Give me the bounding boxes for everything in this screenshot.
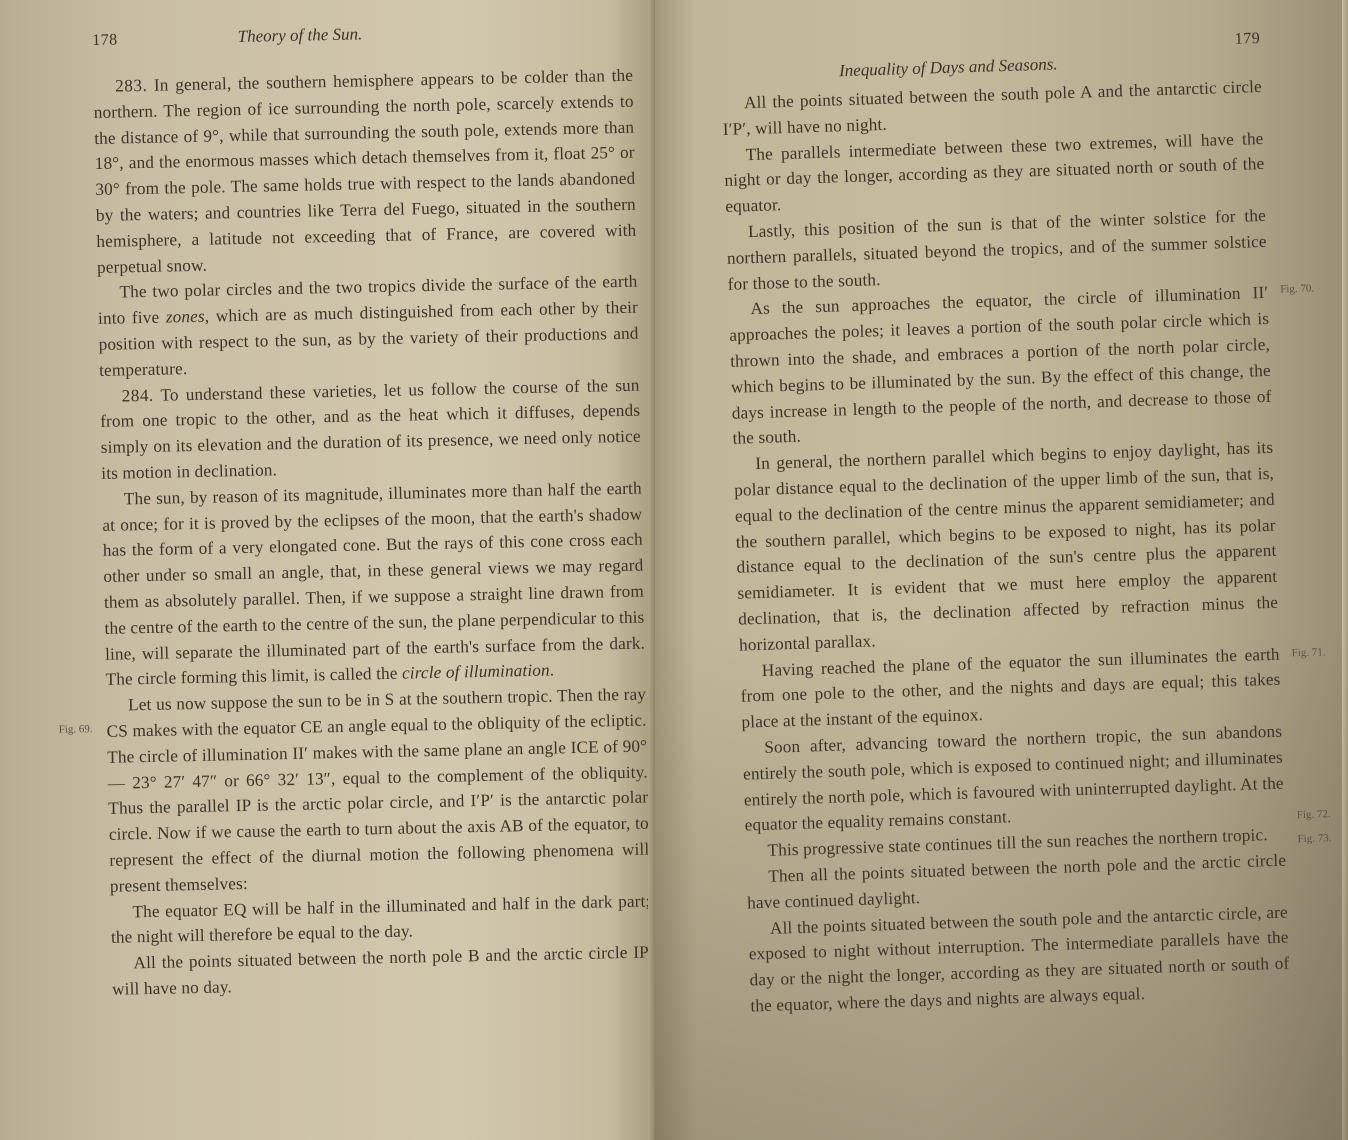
italic-term: circle of illumination (402, 661, 550, 683)
paragraph-284: 284. To understand these varieties, let … (99, 372, 641, 486)
paragraph-text: In general, the southern hemisphere appe… (94, 66, 637, 277)
paragraph-text: To understand these varieties, let us fo… (100, 375, 641, 483)
left-page: 178 Theory of the Sun. 283. In general, … (0, 0, 655, 1140)
page-number: 178 (92, 31, 118, 50)
page-edge (1342, 0, 1348, 1140)
page-number: 179 (1235, 30, 1261, 49)
figure-reference: Fig. 71. (1291, 646, 1325, 659)
paragraph-antarctic-night: All the points situated between the sout… (748, 899, 1291, 1019)
running-head-title: Theory of the Sun. (237, 24, 362, 47)
running-head-title: Inequality of Days and Seasons. (839, 54, 1058, 81)
paragraph-number: 284. (121, 385, 153, 405)
paragraph-north-pole-no-day: All the points situated between the nort… (111, 940, 652, 1003)
paragraph-text: The sun, by reason of its magnitude, ill… (102, 478, 645, 689)
paragraph-283: 283. In general, the southern hemisphere… (93, 63, 637, 281)
paragraph-northern-tropic-advance: Soon after, advancing toward the norther… (742, 719, 1285, 839)
figure-reference: Fig. 72. (1297, 808, 1331, 821)
paragraph-northern-parallel-daylight: In general, the northern parallel which … (733, 435, 1279, 658)
open-book-spread: 178 Theory of the Sun. 283. In general, … (0, 0, 1348, 1140)
paragraph-circle-of-illumination: The sun, by reason of its magnitude, ill… (102, 475, 646, 693)
paragraph-number: 283. (115, 76, 147, 96)
left-running-head: 178 Theory of the Sun. (92, 19, 633, 60)
paragraph-sun-approaches-equator: As the sun approaches the equator, the c… (728, 280, 1273, 452)
italic-term: zones (166, 307, 205, 327)
figure-reference: Fig. 70. (1280, 283, 1314, 296)
paragraph-fig-70-wrapper: Fig. 70. As the sun approaches the equat… (728, 280, 1273, 452)
paragraph-sun-at-southern-tropic: Let us now suppose the sun to be in S at… (106, 682, 650, 900)
right-page-text-block: Inequality of Days and Seasons. 179 All … (720, 30, 1290, 1019)
paragraph-zones: The two polar circles and the two tropic… (97, 269, 639, 383)
paragraph-text: . (550, 661, 555, 680)
figure-reference: Fig. 69. (59, 723, 93, 736)
paragraph-fig-69-wrapper: Fig. 69. Let us now suppose the sun to b… (106, 682, 650, 900)
left-page-text-block: 178 Theory of the Sun. 283. In general, … (92, 19, 652, 1003)
figure-reference: Fig. 73. (1297, 832, 1331, 845)
